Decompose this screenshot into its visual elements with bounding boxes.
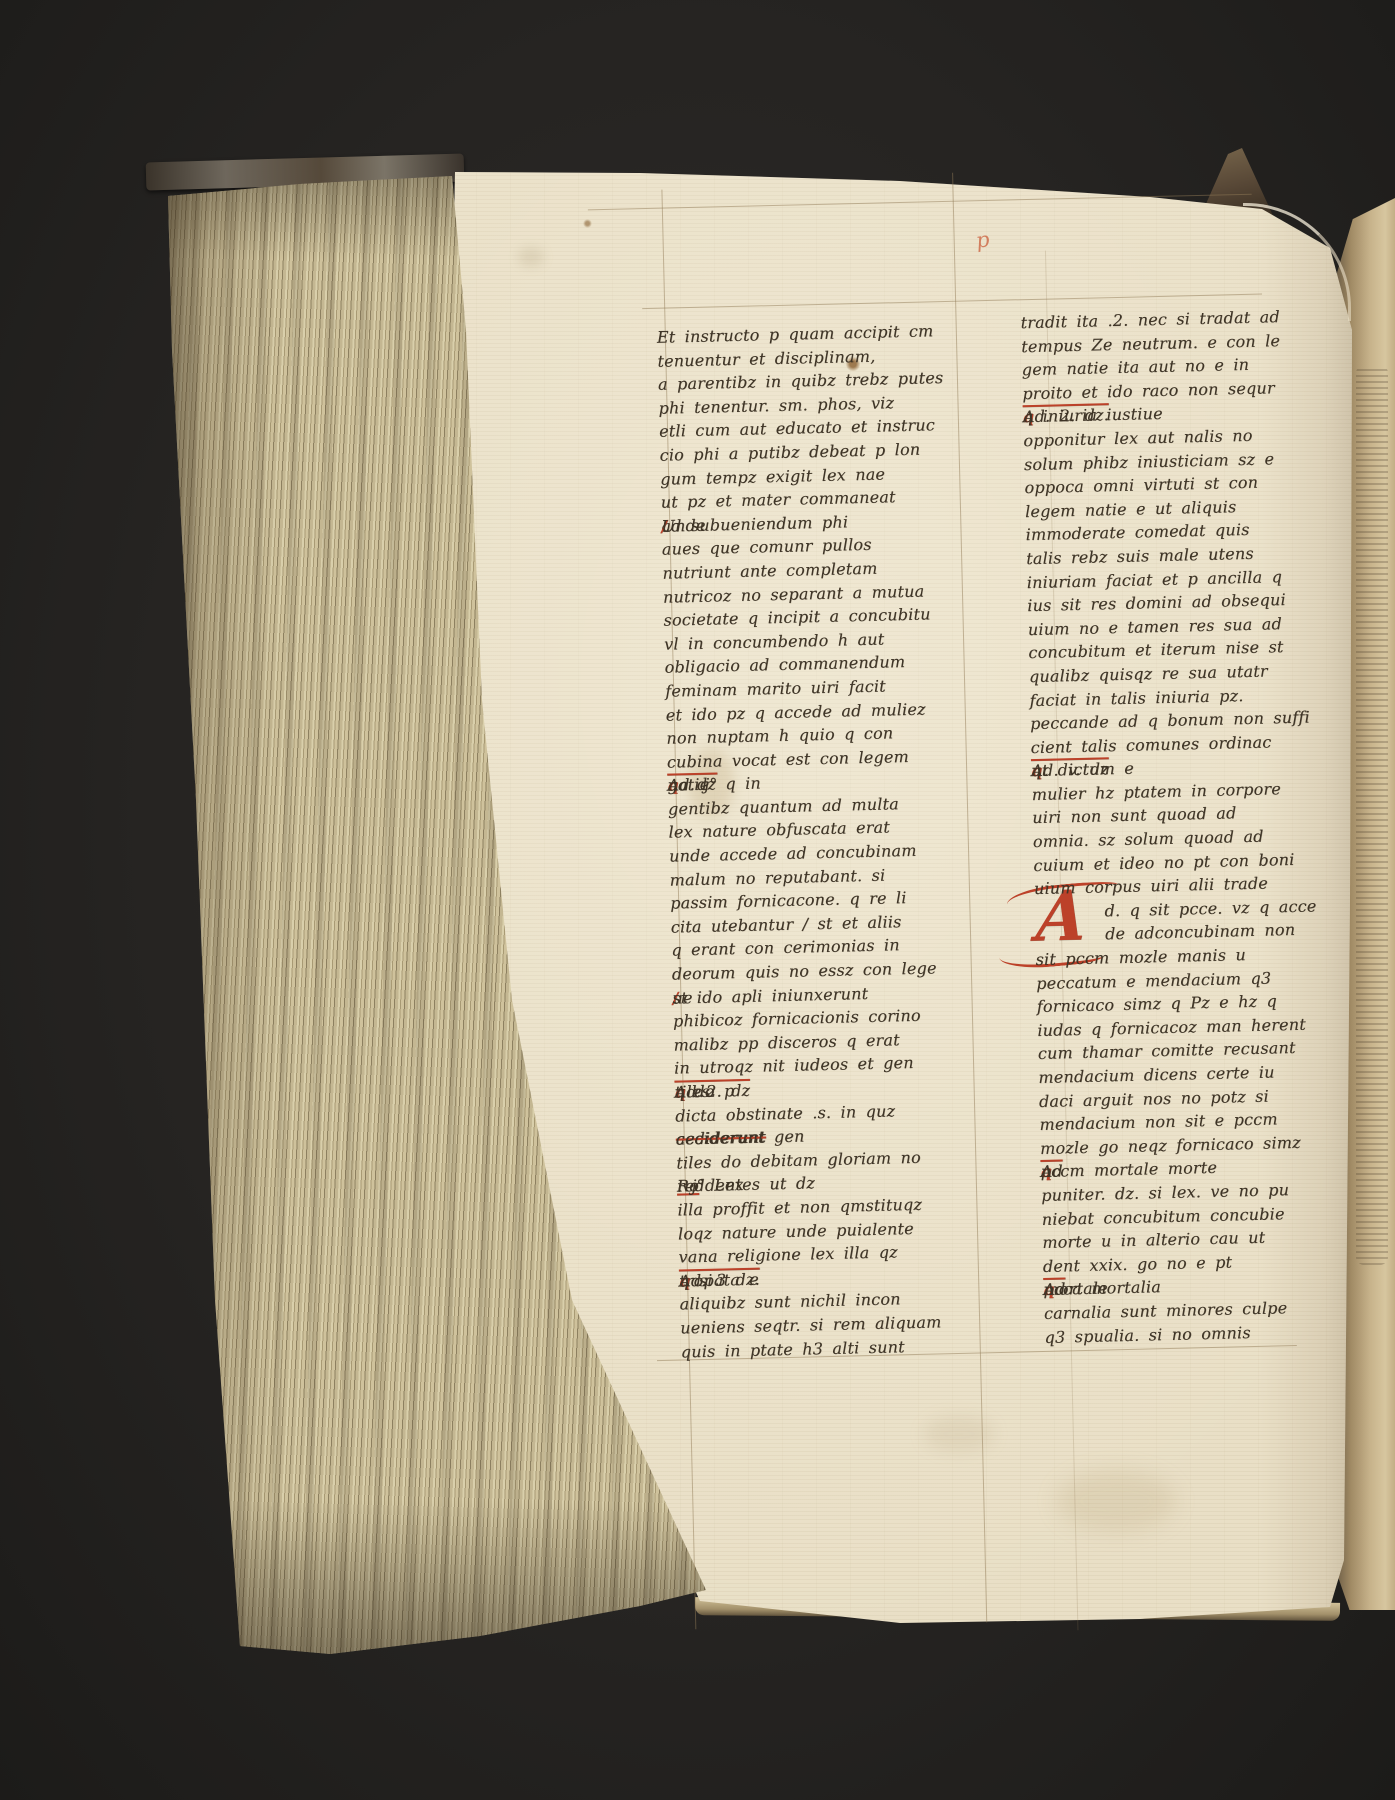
ink-text: ceciderunt gen xyxy=(676,1125,805,1152)
left-column-text: Et instructo p quam accipit cmtenuentur … xyxy=(657,319,975,1364)
text-block: Et instructo p quam accipit cmtenuentur … xyxy=(648,282,1395,1430)
ink-text: q3 spualia. si no omnis xyxy=(1044,1321,1251,1349)
parchment-smudge xyxy=(518,247,544,267)
ink-text: q iniuria iustiue xyxy=(1023,402,1163,429)
ink-text: Unde xyxy=(661,513,706,538)
ink-text: quis in ptate h3 alti sunt xyxy=(681,1335,905,1364)
foxing-stain xyxy=(583,219,592,228)
ink-text: pcca mortalia xyxy=(1043,1276,1161,1302)
ink-text: . j° Lex xyxy=(677,1173,744,1198)
rubric-text: Ad. v. dz xyxy=(1031,758,1109,783)
ink-text: q si xyxy=(679,1269,713,1293)
ink-text: q xyxy=(1031,759,1042,783)
manuscript-photograph: p Et instructo p quam accipit cmtenuentu… xyxy=(0,0,1395,1800)
ink-text: go dz q in xyxy=(667,772,761,798)
folio-mark: p xyxy=(975,229,991,252)
right-column-text: A tradit ita .2. nec si tradat adtempus … xyxy=(1020,304,1356,1349)
ink-text: q do p xyxy=(674,1079,734,1104)
